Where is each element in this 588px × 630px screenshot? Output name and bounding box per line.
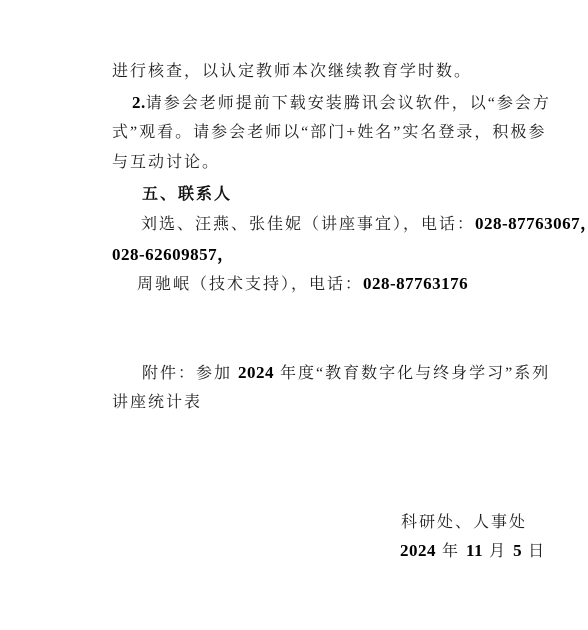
attachment-title: 年度“教育数字化与终身学习”系列 (274, 365, 550, 382)
date-unit: 月 (483, 543, 513, 560)
signature-date: 2024 年 11 月 5 日 (376, 521, 546, 582)
attachment-year: 2024 (238, 363, 274, 382)
date-year: 2024 (400, 541, 436, 560)
phone-number: 028-87763176 (363, 274, 468, 293)
contact-names: 周驰岷（技术支持），电话： (137, 276, 363, 293)
date-unit: 年 (436, 543, 466, 560)
document-page: 进行核查，以认定教师本次继续教育学时数。 2.请参会老师提前下载安装腾讯会议软件… (0, 0, 588, 630)
date-unit: 日 (522, 543, 546, 560)
attachment-title: 讲座统计表 (112, 394, 202, 411)
phone-number: 028-87763067， (475, 214, 588, 233)
contact2-line: 周驰岷（技术支持），电话：028-87763176 (113, 254, 468, 315)
date-day: 5 (513, 541, 522, 560)
date-month: 11 (466, 541, 483, 560)
attachment-line2: 讲座统计表 (88, 373, 202, 433)
